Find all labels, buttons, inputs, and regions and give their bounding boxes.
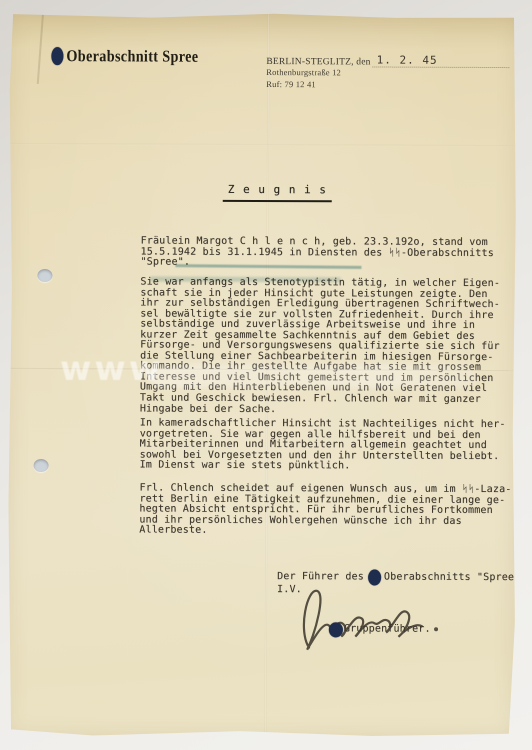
letterhead-phone: Ruf: 79 12 41 [266, 79, 316, 89]
horizontal-fold-crease-faint [9, 143, 517, 147]
body-paragraph-3: In kameradschaftlicher Hinsicht ist Nach… [140, 418, 506, 472]
signature-rank-line: Gruppenführer. [329, 624, 431, 635]
photo-background: Oberabschnitt Spree BERLIN-STEGLITZ, den… [0, 0, 532, 750]
letterhead-street: Rothenburgstraße 12 [266, 67, 341, 77]
document-title: Z e u g n i s [223, 183, 332, 202]
corner-crease [37, 12, 44, 84]
censored-insignia-oval [51, 47, 63, 65]
document-paper: Oberabschnitt Spree BERLIN-STEGLITZ, den… [6, 12, 517, 738]
punch-hole-bottom [34, 459, 49, 472]
handwritten-signature [287, 570, 457, 659]
body-paragraph-2: Sie war anfangs als Stenotypistin tätig,… [140, 277, 500, 416]
body-paragraph-4: Frl. Chlench scheidet auf eigenen Wunsch… [139, 483, 511, 537]
place-date-label: BERLIN-STEGLITZ, den [266, 57, 370, 67]
letterhead: Oberabschnitt Spree [51, 46, 220, 67]
body-paragraph-1: Fräulein Margot C h l e n c h, geb. 23.3… [140, 236, 494, 269]
signer-rank: Gruppenführer. [344, 625, 431, 636]
typed-date: 1. 2. 45 [373, 53, 442, 66]
letterhead-org-name: Oberabschnitt Spree [66, 46, 198, 67]
censored-insignia-oval [329, 622, 343, 637]
date-dotted-line: 1. 2. 45 [373, 53, 510, 68]
punch-hole-top [37, 269, 52, 282]
place-date-line: BERLIN-STEGLITZ, den 1. 2. 45 [266, 53, 509, 68]
